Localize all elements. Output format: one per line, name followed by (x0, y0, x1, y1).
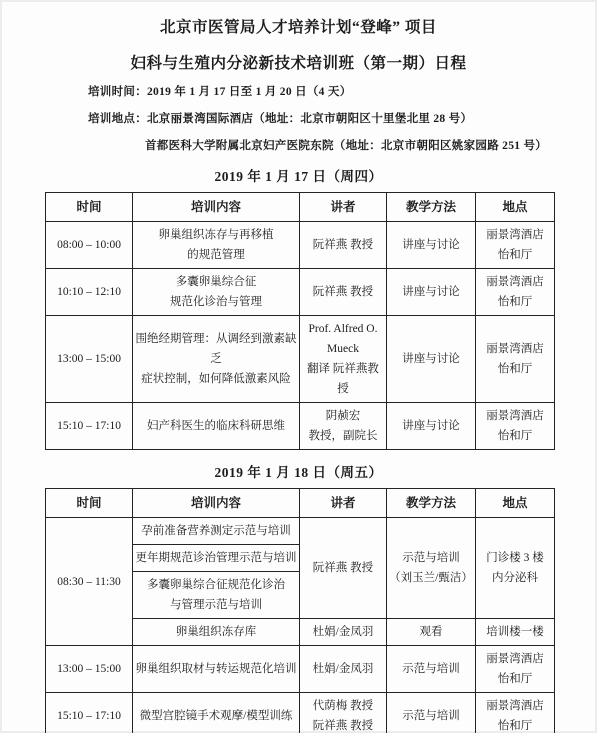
cell-line: 地点 (478, 197, 552, 217)
cell-line: 08:30 – 11:30 (48, 572, 130, 592)
content-cell: 卵巢组织冻存与再移植的规范管理 (133, 222, 300, 269)
location-cell: 丽景湾酒店怡和厅 (476, 222, 555, 269)
document-title-line2: 妇科与生殖内分泌新技术培训班（第一期）日程 (0, 37, 597, 73)
cell-line: 杜娟/金凤羽 (302, 622, 384, 642)
cell-line: 怡和厅 (478, 426, 552, 446)
column-header: 地点 (476, 193, 555, 222)
cell-line: 时间 (48, 493, 130, 513)
cell-line: 更年期规范诊治管理示范与培训 (135, 548, 297, 568)
cell-line: 教学方法 (389, 197, 473, 217)
time-cell: 13:00 – 15:00 (46, 316, 133, 403)
location-cell: 丽景湾酒店怡和厅 (476, 269, 555, 316)
schedule-table: 时间培训内容讲者教学方法地点08:30 – 11:30孕前准备营养测定示范与培训… (45, 488, 555, 733)
training-location-line: 培训地点：北京丽景湾国际酒店（地址：北京市朝阳区十里堡北里 28 号） (88, 111, 597, 127)
schedule-days: 2019 年 1 月 17 日（周四）时间培训内容讲者教学方法地点08:00 –… (0, 165, 597, 733)
content-cell: 卵巢组织冻存库 (133, 619, 300, 646)
cell-line: 15:10 – 17:10 (48, 416, 130, 436)
cell-line: 08:00 – 10:00 (48, 235, 130, 255)
content-cell: 更年期规范诊治管理示范与培训 (133, 545, 300, 572)
cell-line: 翻译 阮祥燕教授 (302, 359, 384, 399)
schedule-table: 时间培训内容讲者教学方法地点08:00 – 10:00卵巢组织冻存与再移植的规范… (45, 192, 555, 450)
cell-line: 卵巢组织冻存库 (135, 622, 297, 642)
speaker-cell: 阮祥燕 教授 (299, 518, 386, 619)
cell-line: 丽景湾酒店 (478, 406, 552, 426)
cell-line: 的规范管理 (135, 245, 297, 265)
column-header: 培训内容 (133, 489, 300, 518)
content-cell: 卵巢组织取材与转运规范化培训 (133, 646, 300, 693)
method-cell: 讲座与讨论 (387, 316, 476, 403)
cell-line: 丽景湾酒店 (478, 225, 552, 245)
table-row: 15:10 – 17:10妇产科医生的临床科研思维阴赪宏教授，副院长讲座与讨论丽… (46, 403, 555, 450)
location-cell: 丽景湾酒店怡和厅 (476, 646, 555, 693)
cell-line: 15:10 – 17:10 (48, 706, 130, 726)
content-cell: 妇产科医生的临床科研思维 (133, 403, 300, 450)
table-row: 08:00 – 10:00卵巢组织冻存与再移植的规范管理阮祥燕 教授讲座与讨论丽… (46, 222, 555, 269)
method-cell: 讲座与讨论 (387, 222, 476, 269)
document-page: 北京市医管局人才培养计划“登峰” 项目 妇科与生殖内分泌新技术培训班（第一期）日… (0, 0, 597, 733)
location-cell: 丽景湾酒店怡和厅 (476, 693, 555, 733)
cell-line: 症状控制，如何降低激素风险 (135, 369, 297, 389)
column-header: 时间 (46, 489, 133, 518)
cell-line: 教授，副院长 (302, 426, 384, 446)
cell-line: 多囊卵巢综合征 (135, 272, 297, 292)
cell-line: 阮祥燕 教授 (302, 716, 384, 733)
cell-line: 讲座与讨论 (389, 416, 473, 436)
speaker-cell: 代荫梅 教授阮祥燕 教授 (299, 693, 386, 733)
method-cell: 讲座与讨论 (387, 403, 476, 450)
content-cell: 围绝经期管理：从调经到激素缺乏症状控制，如何降低激素风险 (133, 316, 300, 403)
cell-line: 示范与培训 (389, 706, 473, 726)
cell-line: 讲座与讨论 (389, 282, 473, 302)
location-cell: 培训楼一楼 (476, 619, 555, 646)
cell-line: 丽景湾酒店 (478, 649, 552, 669)
table-row: 13:00 – 15:00卵巢组织取材与转运规范化培训杜娟/金凤羽示范与培训丽景… (46, 646, 555, 693)
method-cell: 示范与培训 (387, 693, 476, 733)
time-cell: 13:00 – 15:00 (46, 646, 133, 693)
cell-line: 培训内容 (135, 493, 297, 513)
cell-line: 内分泌科 (478, 568, 552, 588)
content-cell: 微型宫腔镜手术观摩/模型训练 (133, 693, 300, 733)
cell-line: Prof. Alfred O. (302, 319, 384, 339)
cell-line: 孕前准备营养测定示范与培训 (135, 521, 297, 541)
column-header: 地点 (476, 489, 555, 518)
speaker-cell: Prof. Alfred O.Mueck翻译 阮祥燕教授 (299, 316, 386, 403)
location-cell: 门诊楼 3 楼内分泌科 (476, 518, 555, 619)
method-cell: 观看 (387, 619, 476, 646)
time-cell: 15:10 – 17:10 (46, 403, 133, 450)
speaker-cell: 阴赪宏教授，副院长 (299, 403, 386, 450)
cell-line: 培训内容 (135, 197, 297, 217)
cell-line: 阮祥燕 教授 (302, 235, 384, 255)
cell-line: 与管理示范与培训 (135, 595, 297, 615)
cell-line: Mueck (302, 339, 384, 359)
cell-line: 13:00 – 15:00 (48, 349, 130, 369)
speaker-cell: 杜娟/金凤羽 (299, 619, 386, 646)
cell-line: 卵巢组织取材与转运规范化培训 (135, 659, 297, 679)
cell-line: 讲者 (302, 197, 384, 217)
cell-line: 教学方法 (389, 493, 473, 513)
cell-line: 杜娟/金凤羽 (302, 659, 384, 679)
day-section: 2019 年 1 月 18 日（周五）时间培训内容讲者教学方法地点08:30 –… (0, 461, 597, 733)
content-cell: 孕前准备营养测定示范与培训 (133, 518, 300, 545)
cell-line: 门诊楼 3 楼 (478, 548, 552, 568)
cell-line: 怡和厅 (478, 716, 552, 733)
day-date-heading: 2019 年 1 月 17 日（周四） (0, 165, 597, 185)
cell-line: 阴赪宏 (302, 406, 384, 426)
location-cell: 丽景湾酒店怡和厅 (476, 316, 555, 403)
content-cell: 多囊卵巢综合征规范化诊治与管理 (133, 269, 300, 316)
training-time-line: 培训时间：2019 年 1 月 17 日至 1 月 20 日（4 天） (88, 84, 597, 100)
table-row: 08:30 – 11:30孕前准备营养测定示范与培训阮祥燕 教授示范与培训（刘玉… (46, 518, 555, 545)
cell-line: 规范化诊治与管理 (135, 292, 297, 312)
cell-line: 13:00 – 15:00 (48, 659, 130, 679)
day-date-heading: 2019 年 1 月 18 日（周五） (0, 461, 597, 481)
cell-line: 丽景湾酒店 (478, 339, 552, 359)
column-header: 教学方法 (387, 489, 476, 518)
day-section: 2019 年 1 月 17 日（周四）时间培训内容讲者教学方法地点08:00 –… (0, 165, 597, 450)
cell-line: 示范与培训 (389, 548, 473, 568)
column-header: 教学方法 (387, 193, 476, 222)
location-cell: 丽景湾酒店怡和厅 (476, 403, 555, 450)
cell-line: 丽景湾酒店 (478, 696, 552, 716)
cell-line: 怡和厅 (478, 292, 552, 312)
cell-line: 时间 (48, 197, 130, 217)
cell-line: 妇产科医生的临床科研思维 (135, 416, 297, 436)
cell-line: 示范与培训 (389, 659, 473, 679)
method-cell: 示范与培训 (387, 646, 476, 693)
cell-line: 怡和厅 (478, 245, 552, 265)
cell-line: 培训楼一楼 (478, 622, 552, 642)
cell-line: 微型宫腔镜手术观摩/模型训练 (135, 706, 297, 726)
cell-line: 讲者 (302, 493, 384, 513)
time-cell: 08:00 – 10:00 (46, 222, 133, 269)
speaker-cell: 阮祥燕 教授 (299, 222, 386, 269)
time-cell: 08:30 – 11:30 (46, 518, 133, 646)
column-header: 讲者 (299, 489, 386, 518)
cell-line: 怡和厅 (478, 669, 552, 689)
speaker-cell: 杜娟/金凤羽 (299, 646, 386, 693)
column-header: 培训内容 (133, 193, 300, 222)
header-row: 时间培训内容讲者教学方法地点 (46, 489, 555, 518)
time-cell: 15:10 – 17:10 (46, 693, 133, 733)
method-cell: 讲座与讨论 (387, 269, 476, 316)
header-row: 时间培训内容讲者教学方法地点 (46, 193, 555, 222)
cell-line: 代荫梅 教授 (302, 696, 384, 716)
cell-line: （刘玉兰/甄洁） (389, 568, 473, 588)
cell-line: 地点 (478, 493, 552, 513)
cell-line: 10:10 – 12:10 (48, 282, 130, 302)
table-row: 13:00 – 15:00围绝经期管理：从调经到激素缺乏症状控制，如何降低激素风… (46, 316, 555, 403)
document-title-line1: 北京市医管局人才培养计划“登峰” 项目 (0, 0, 597, 37)
cell-line: 丽景湾酒店 (478, 272, 552, 292)
speaker-cell: 阮祥燕 教授 (299, 269, 386, 316)
content-cell: 多囊卵巢综合征规范化诊治与管理示范与培训 (133, 572, 300, 619)
cell-line: 观看 (389, 622, 473, 642)
cell-line: 讲座与讨论 (389, 235, 473, 255)
cell-line: 多囊卵巢综合征规范化诊治 (135, 575, 297, 595)
cell-line: 讲座与讨论 (389, 349, 473, 369)
cell-line: 围绝经期管理：从调经到激素缺乏 (135, 329, 297, 369)
column-header: 时间 (46, 193, 133, 222)
table-row: 10:10 – 12:10多囊卵巢综合征规范化诊治与管理阮祥燕 教授讲座与讨论丽… (46, 269, 555, 316)
method-cell: 示范与培训（刘玉兰/甄洁） (387, 518, 476, 619)
cell-line: 卵巢组织冻存与再移植 (135, 225, 297, 245)
column-header: 讲者 (299, 193, 386, 222)
cell-line: 阮祥燕 教授 (302, 282, 384, 302)
cell-line: 阮祥燕 教授 (302, 558, 384, 578)
table-row: 15:10 – 17:10微型宫腔镜手术观摩/模型训练代荫梅 教授阮祥燕 教授示… (46, 693, 555, 733)
training-location-line2: 首都医科大学附属北京妇产医院东院（地址：北京市朝阳区姚家园路 251 号） (145, 138, 597, 154)
cell-line: 怡和厅 (478, 359, 552, 379)
time-cell: 10:10 – 12:10 (46, 269, 133, 316)
